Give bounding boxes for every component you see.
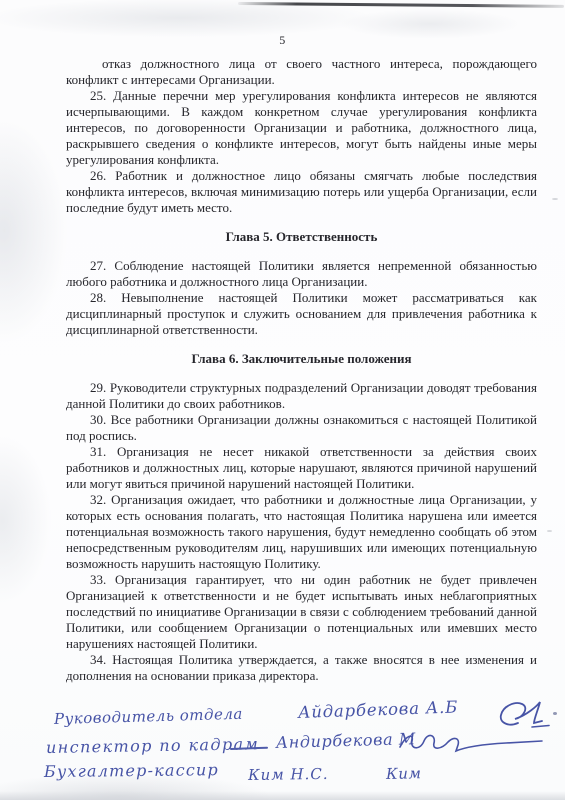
signature-block: Руководитель отдела Айдарбекова А.Б инсп… xyxy=(0,696,565,800)
paragraph-33: 33. Организация гарантирует, что ни один… xyxy=(66,572,537,652)
paragraph-28: 28. Невыполнение настоящей Политики може… xyxy=(66,290,537,338)
scan-bottom-shadow xyxy=(0,791,565,800)
signature-role-accountant-cashier: Бухгалтер-кассир xyxy=(44,760,219,781)
scan-speck xyxy=(552,198,558,200)
page-number: 5 xyxy=(0,33,565,48)
signature-role-hr-inspector: инспектор по кадрам xyxy=(46,734,259,757)
paragraph-34: 34. Настоящая Политика утверждается, а т… xyxy=(66,652,537,684)
paragraph-continuation: отказ должностного лица от своего частно… xyxy=(66,56,537,88)
scanned-document-page: 5 отказ должностного лица от своего част… xyxy=(0,0,565,800)
signature-name-kim: Ким Н.С. xyxy=(248,765,329,784)
signature-name-aidarbekova: Айдарбекова А.Б xyxy=(298,697,459,722)
signature-role-head-of-department: Руководитель отдела xyxy=(54,705,243,728)
scan-speck xyxy=(547,530,552,532)
ink-speck xyxy=(553,712,557,715)
paragraph-31: 31. Организация не несет никакой ответст… xyxy=(66,444,537,492)
paragraph-32: 32. Организация ожидает, что работники и… xyxy=(66,492,537,572)
paragraph-27: 27. Соблюдение настоящей Политики являет… xyxy=(66,258,537,290)
paragraph-26: 26. Работник и должностное лицо обязаны … xyxy=(66,168,537,216)
paragraph-29: 29. Руководители структурных подразделен… xyxy=(66,380,537,412)
chapter-5-heading: Глава 5. Ответственность xyxy=(66,229,537,245)
paragraph-25: 25. Данные перечни мер урегулирования ко… xyxy=(66,88,537,168)
document-body: отказ должностного лица от своего частно… xyxy=(66,56,537,684)
handwritten-signature-icon xyxy=(488,697,554,731)
chapter-6-heading: Глава 6. Заключительные положения xyxy=(66,351,537,367)
handwritten-signature-kim: Ким xyxy=(386,764,422,783)
scan-edge-artifact xyxy=(238,2,564,7)
handwritten-signature-icon xyxy=(396,729,546,759)
paragraph-30: 30. Все работники Организации должны озн… xyxy=(66,412,537,444)
